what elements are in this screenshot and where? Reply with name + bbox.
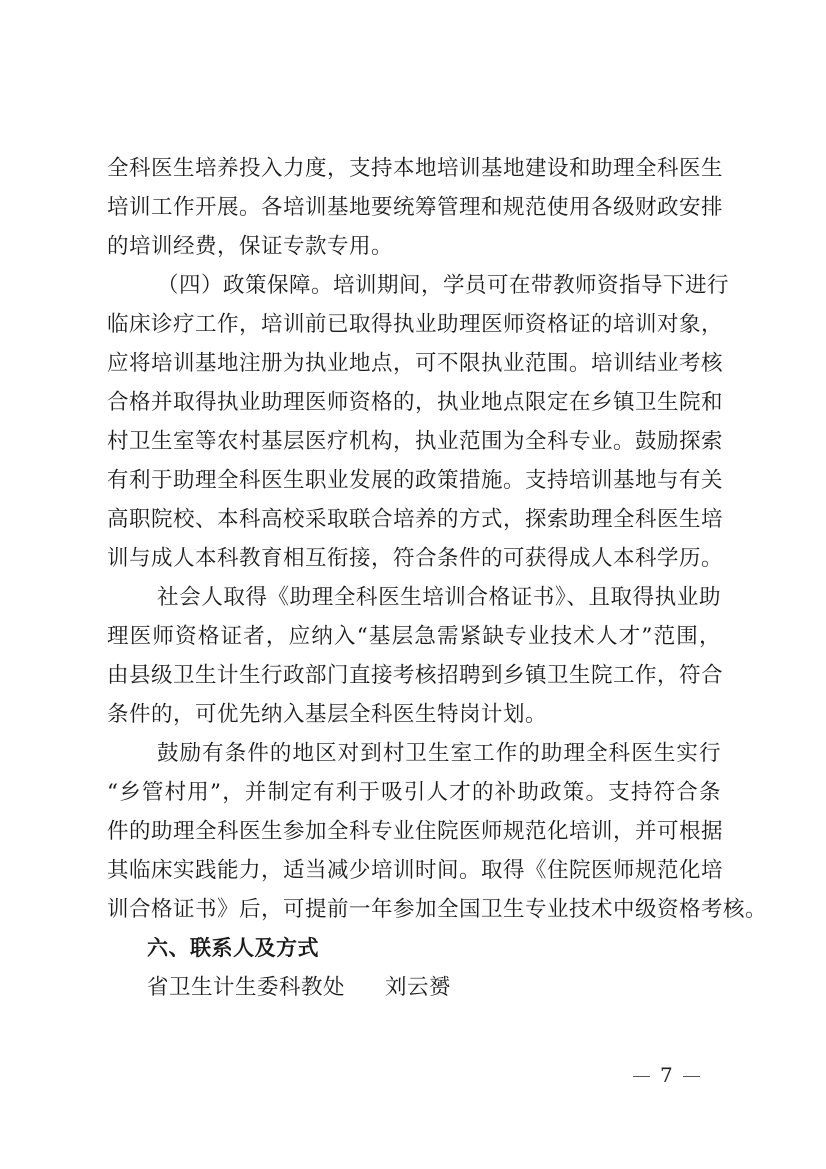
- text-line: （四）政策保障。培训期间，学员可在带教师资指导下进行: [107, 266, 721, 305]
- contact-name: 刘云赟: [385, 975, 451, 1000]
- text-line: 的培训经费，保证专款专用。: [107, 227, 721, 266]
- text-line: “乡管村用”，并制定有利于吸引人才的补助政策。支持符合条: [107, 773, 721, 812]
- paragraph-policy-guarantee: （四）政策保障。培训期间，学员可在带教师资指导下进行 临床诊疗工作，培训前已取得…: [107, 266, 721, 578]
- dash-right: [683, 1076, 700, 1077]
- paragraph-encourage-villages: 鼓励有条件的地区对到村卫生室工作的助理全科医生实行 “乡管村用”，并制定有利于吸…: [107, 734, 721, 929]
- section-heading: 六、联系人及方式: [107, 929, 721, 968]
- text-line: 培训工作开展。各培训基地要统筹管理和规范使用各级财政安排: [107, 188, 721, 227]
- text-line: 临床诊疗工作，培训前已取得执业助理医师资格证的培训对象，: [107, 305, 721, 344]
- text-line: 村卫生室等农村基层医疗机构，执业范围为全科专业。鼓励探索: [107, 422, 721, 461]
- text-line: 鼓励有条件的地区对到村卫生室工作的助理全科医生实行: [107, 734, 721, 773]
- contact-department: 省卫生计生委科教处: [147, 975, 345, 1000]
- contact-line: 省卫生计生委科教处刘云赟: [107, 968, 721, 1007]
- text-line: 训合格证书》后，可提前一年参加全国卫生专业技术中级资格考核。: [107, 890, 721, 929]
- text-line: 其临床实践能力，适当减少培训时间。取得《住院医师规范化培: [107, 851, 721, 890]
- paragraph-social-trainees: 社会人取得《助理全科医生培训合格证书》、且取得执业助 理医师资格证者，应纳入“基…: [107, 578, 721, 734]
- text-line: 件的助理全科医生参加全科专业住院医师规范化培训，并可根据: [107, 812, 721, 851]
- text-line: 理医师资格证者，应纳入“基层急需紧缺专业技术人才”范围，: [107, 617, 721, 656]
- text-line: 应将培训基地注册为执业地点，可不限执业范围。培训结业考核: [107, 344, 721, 383]
- document-page: 全科医生培养投入力度，支持本地培训基地建设和助理全科医生 培训工作开展。各培训基…: [0, 0, 826, 1169]
- page-number-value: 7: [660, 1063, 673, 1087]
- dash-left: [633, 1076, 650, 1077]
- text-line: 条件的，可优先纳入基层全科医生特岗计划。: [107, 695, 721, 734]
- document-body: 全科医生培养投入力度，支持本地培训基地建设和助理全科医生 培训工作开展。各培训基…: [107, 149, 721, 1007]
- page-number: 7: [623, 1063, 710, 1087]
- text-line: 合格并取得执业助理医师资格的，执业地点限定在乡镇卫生院和: [107, 383, 721, 422]
- text-line: 社会人取得《助理全科医生培训合格证书》、且取得执业助: [107, 578, 721, 617]
- text-line: 训与成人本科教育相互衔接，符合条件的可获得成人本科学历。: [107, 539, 721, 578]
- text-line: 高职院校、本科高校采取联合培养的方式，探索助理全科医生培: [107, 500, 721, 539]
- text-line: 有利于助理全科医生职业发展的政策措施。支持培训基地与有关: [107, 461, 721, 500]
- paragraph-funding-continued: 全科医生培养投入力度，支持本地培训基地建设和助理全科医生 培训工作开展。各培训基…: [107, 149, 721, 266]
- text-line: 全科医生培养投入力度，支持本地培训基地建设和助理全科医生: [107, 149, 721, 188]
- text-line: 由县级卫生计生行政部门直接考核招聘到乡镇卫生院工作，符合: [107, 656, 721, 695]
